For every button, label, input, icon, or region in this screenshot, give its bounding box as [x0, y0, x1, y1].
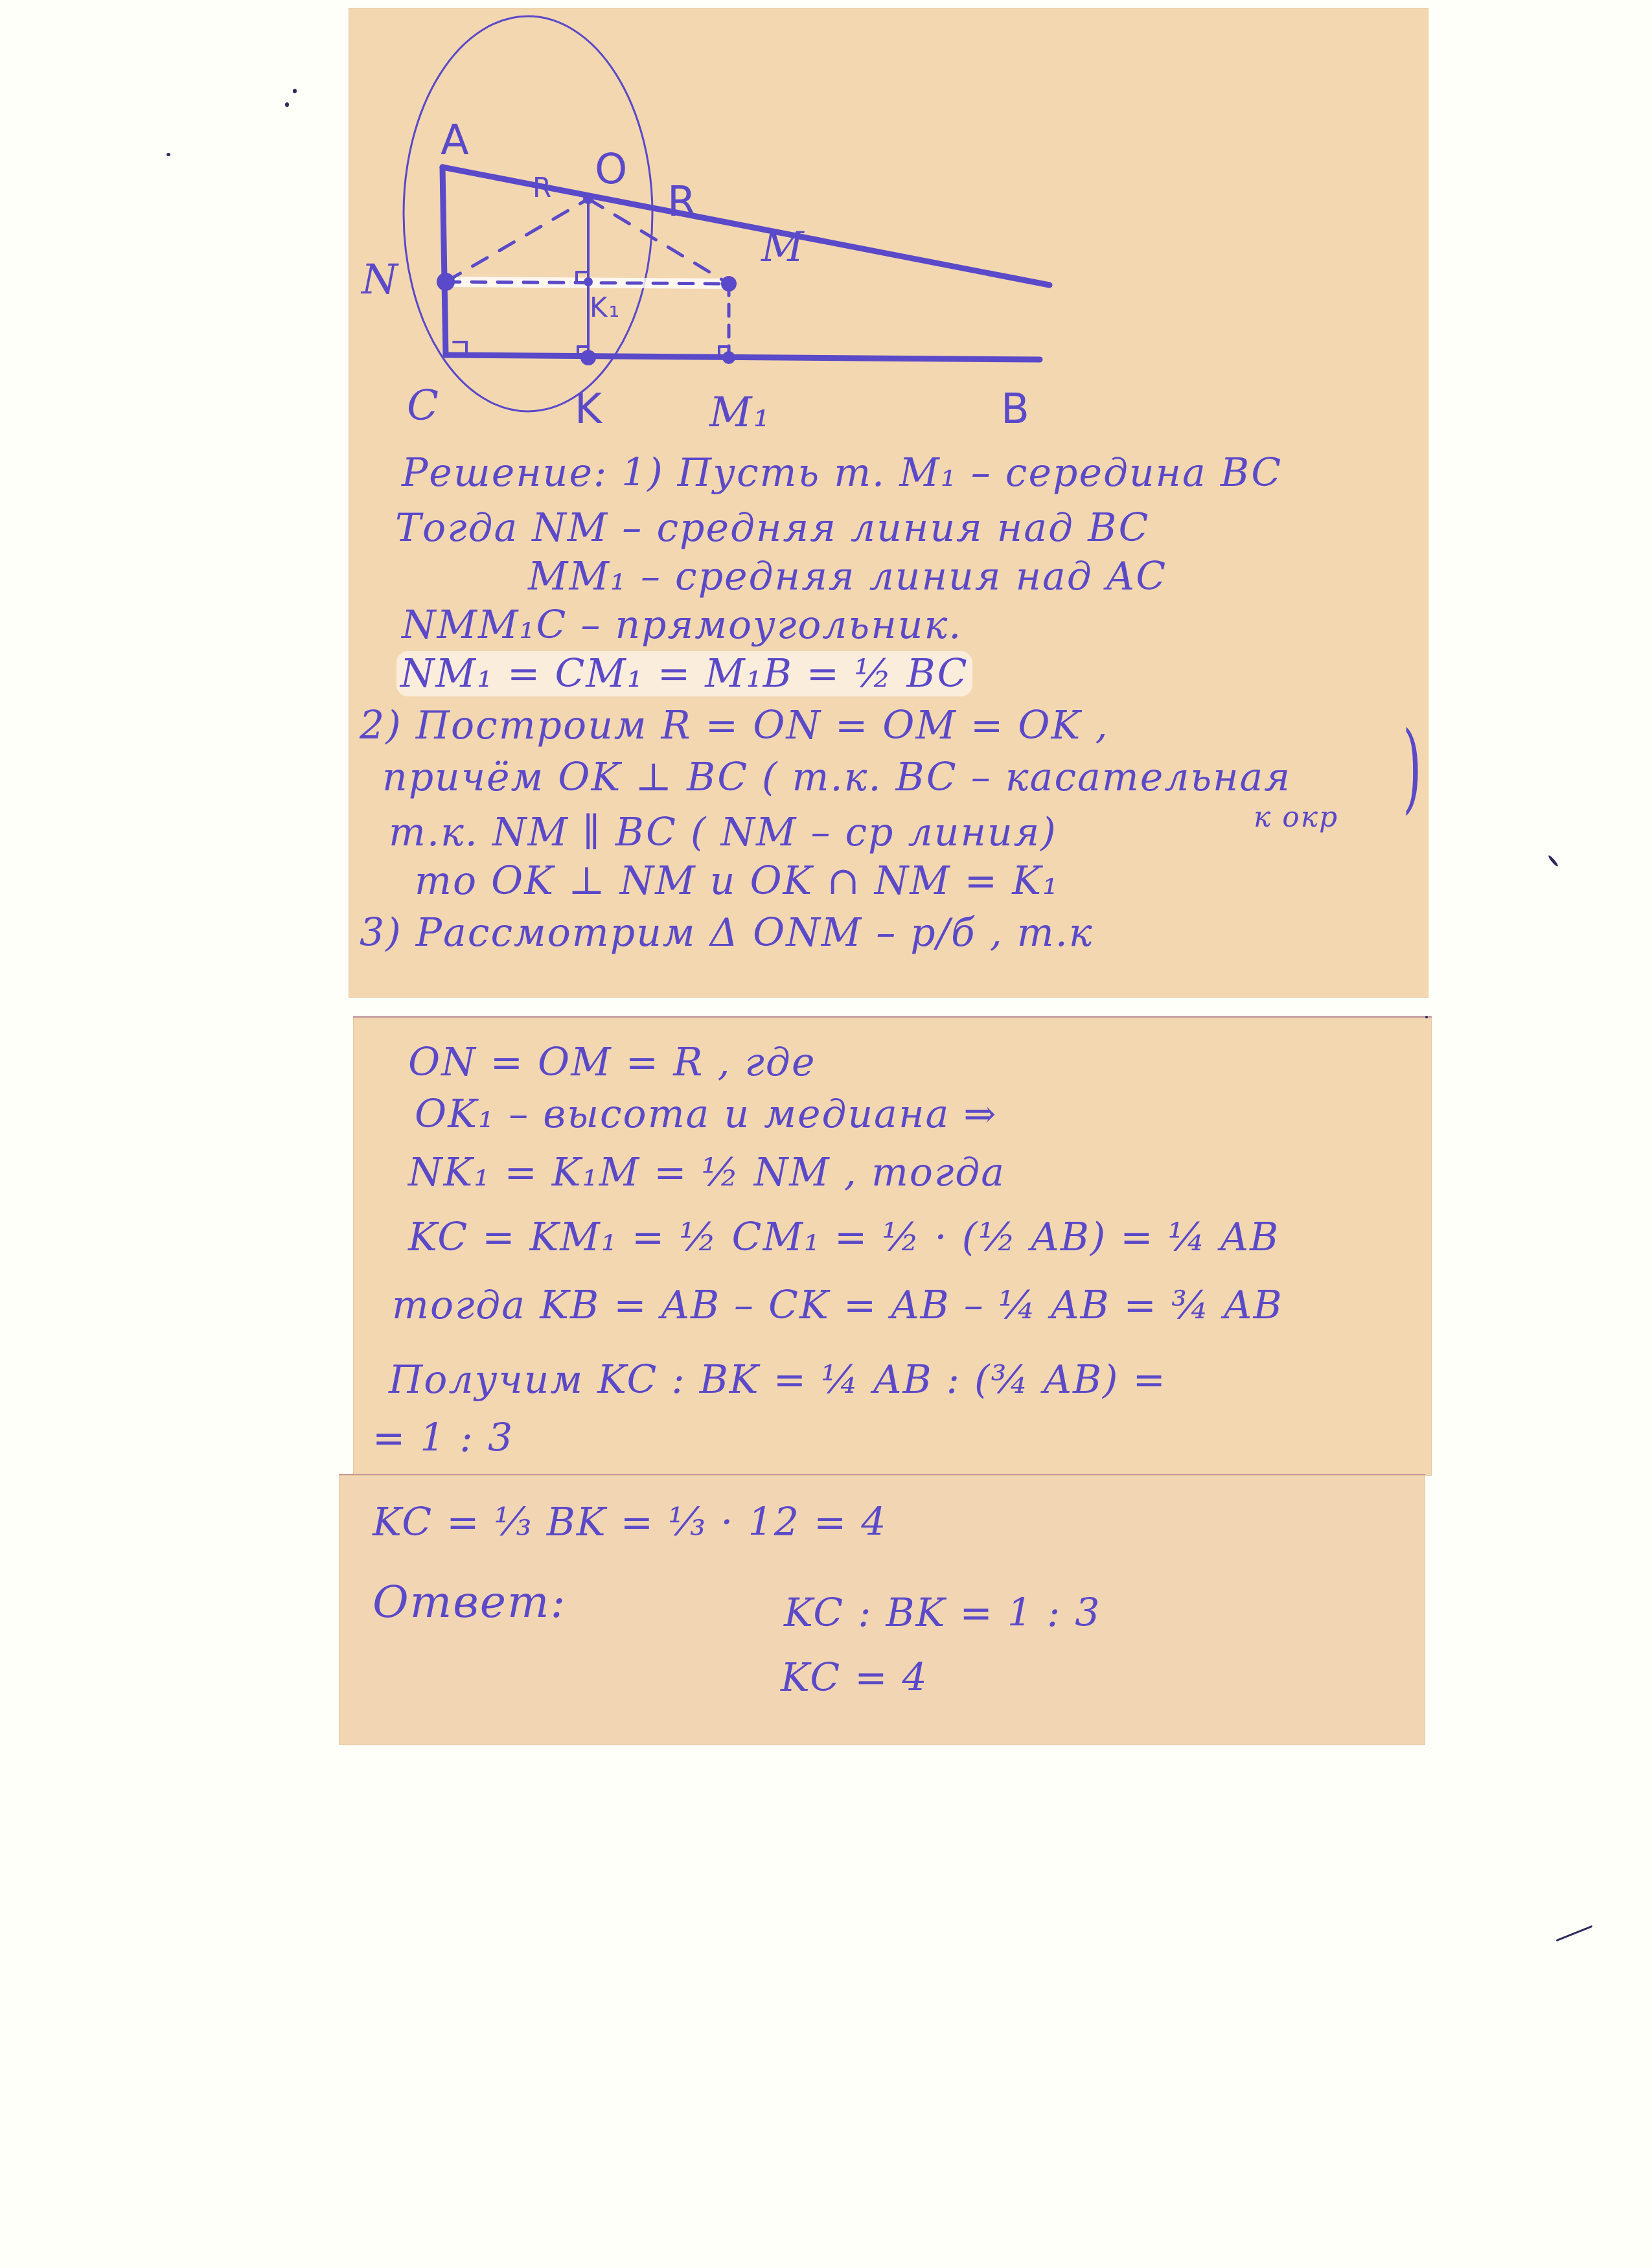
- solution-line-12: OK₁ – высота и медиана ⇒: [415, 1095, 998, 1134]
- ink-speck: [293, 89, 297, 93]
- solution-line-10: 3) Рассмотрим Δ ONM – р/б , т.к: [360, 913, 1094, 952]
- label-k: K: [575, 385, 603, 433]
- solution-line-8-superscript: к окр: [1254, 803, 1338, 832]
- solution-line-9: то OK ⊥ NM и OK ∩ NM = K₁: [415, 862, 1059, 900]
- answer-label: Ответ:: [373, 1581, 566, 1625]
- solution-line-11: ON = OM = R , где: [408, 1043, 816, 1082]
- label-k1: K₁: [590, 292, 621, 323]
- answer-ratio: KC : BK = 1 : 3: [784, 1594, 1101, 1632]
- solution-line-2: Тогда NM – средняя линия над BC: [395, 509, 1149, 547]
- label-r-right: R: [667, 178, 697, 226]
- solution-line-5: NM₁ = CM₁ = M₁B = ½ BC: [396, 654, 972, 693]
- answer-value: KC = 4: [781, 1658, 928, 1697]
- solution-line-3: MM₁ – средняя линия над AC: [528, 557, 1167, 596]
- solution-line-14: KC = KM₁ = ½ CM₁ = ½ · (½ AB) = ¼ AB: [408, 1218, 1279, 1257]
- solution-line-17: = 1 : 3: [373, 1419, 514, 1458]
- label-r-left: R: [533, 172, 553, 203]
- closing-paren: ): [1403, 719, 1422, 816]
- highlighted-equation: NM₁ = CM₁ = M₁B = ½ BC: [396, 651, 972, 696]
- label-a: A: [441, 117, 470, 165]
- ink-speck: [285, 102, 289, 107]
- label-c: C: [407, 382, 440, 430]
- ink-speck: [166, 153, 170, 156]
- solution-line-8: т.к. NM ∥ BC ( NM – ср линия): [389, 813, 1057, 852]
- label-m: M: [761, 223, 805, 271]
- label-m1: M₁: [709, 389, 771, 437]
- solution-line-6: 2) Построим R = ON = OM = OK ,: [360, 706, 1109, 745]
- label-n: N: [361, 256, 399, 304]
- solution-line-4: NMM₁C – прямоугольник.: [402, 606, 962, 645]
- ink-mark: [1548, 854, 1559, 867]
- answer-calculation: KC = ⅓ BK = ⅓ · 12 = 4: [373, 1503, 887, 1542]
- solution-line-13: NK₁ = K₁M = ½ NM , тогда: [408, 1153, 1005, 1192]
- solution-line-16: Получим KC : BK = ¼ AB : (¾ AB) =: [389, 1360, 1167, 1399]
- label-b: B: [1001, 385, 1031, 433]
- ink-speck: [1425, 1016, 1428, 1018]
- ink-mark: [1556, 1925, 1593, 1942]
- solution-line-15: тогда KB = AB – CK = AB – ¼ AB = ¾ AB: [392, 1286, 1283, 1325]
- solution-line-7: причём OK ⊥ BC ( т.к. BC – касательная: [382, 758, 1291, 797]
- solution-line-1: Решение: 1) Пусть т. M₁ – середина BC: [402, 453, 1282, 492]
- label-o: O: [595, 146, 628, 194]
